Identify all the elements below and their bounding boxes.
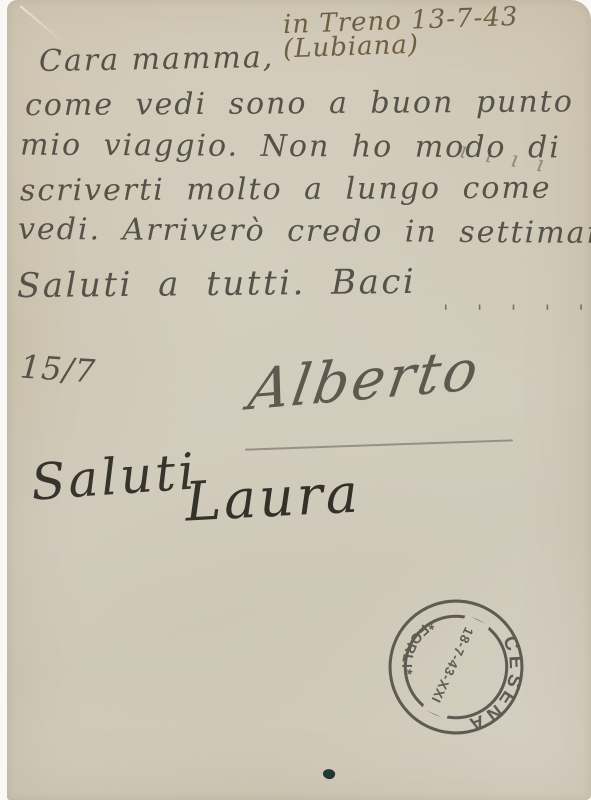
body-line-5: Saluti a tutti. Baci	[17, 262, 417, 306]
postmark-stamp: CESENA *FORLI* 18-7-43-XXI	[362, 573, 551, 762]
body-line-1: come vedi sono a buon punto col	[25, 84, 591, 123]
postcard-scan: in Treno 13-7-43 (Lubiana) Cara mamma, c…	[0, 0, 591, 800]
second-note-saluti: Saluti	[29, 442, 199, 511]
body-line-3: scriverti molto a lungo come	[20, 171, 552, 209]
stray-tick-marks: ' ' ' ' ' '	[443, 300, 591, 324]
ink-spot	[321, 767, 336, 781]
pen-flourish-stroke	[245, 439, 513, 450]
signature-laura: Laura	[183, 461, 362, 533]
margin-date: 15/7	[19, 347, 97, 390]
travel-dateline-line2: (Lubiana)	[283, 30, 420, 65]
postcard-paper: in Treno 13-7-43 (Lubiana) Cara mamma, c…	[7, 0, 591, 800]
body-line-4: vedi. Arriverò credo in settimana.	[18, 212, 591, 251]
signature-alberto: Alberto	[244, 337, 485, 423]
greeting: Cara mamma,	[39, 40, 275, 79]
